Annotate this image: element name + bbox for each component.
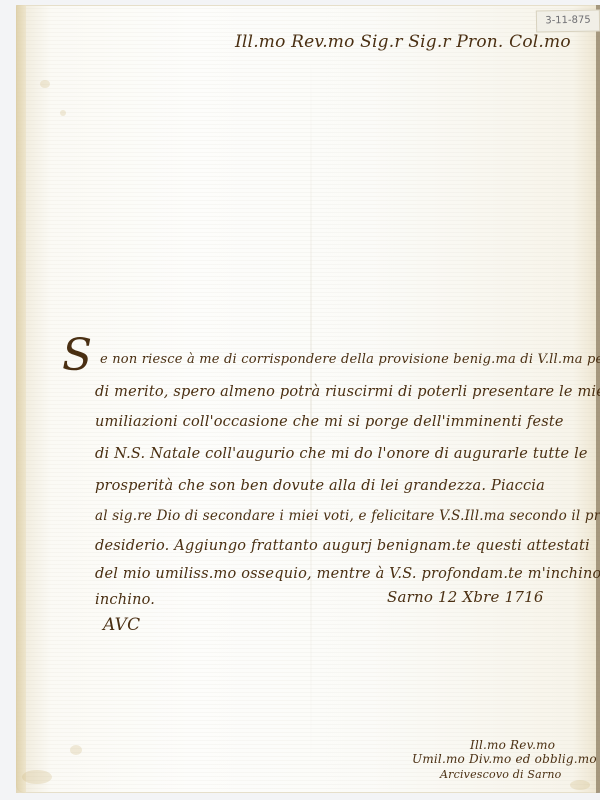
body-line-1: e non riesce à me di corrispondere della… — [100, 352, 600, 367]
paper-fold-edge — [16, 5, 26, 793]
body-line-9: inchino. — [95, 592, 155, 608]
body-line-5: prosperità che son ben dovute alla di le… — [95, 478, 545, 494]
body-line-2: di merito, spero almeno potrà riuscirmi … — [95, 384, 600, 400]
paper-stain — [60, 110, 66, 116]
paper-stain — [70, 745, 82, 755]
body-line-8: del mio umiliss.mo ossequio, mentre à V.… — [95, 566, 600, 582]
paper-crease — [310, 60, 312, 760]
paper-stain — [570, 780, 590, 790]
paper-stain — [40, 80, 50, 88]
salutation: Ill.mo Rev.mo Sig.r Sig.r Pron. Col.mo — [235, 32, 571, 52]
paper-stain — [22, 770, 52, 784]
drop-initial: S — [62, 330, 92, 381]
address-line-2: Umil.mo Div.mo ed obblig.mo Servo — [412, 752, 600, 766]
body-line-7: desiderio. Aggiungo frattanto augurj ben… — [95, 538, 590, 554]
body-line-4: di N.S. Natale coll'augurio che mi do l'… — [95, 446, 588, 462]
closing-initials: AVC — [103, 615, 140, 635]
archive-number-label: 3-11-875 — [536, 9, 600, 32]
address-line-3: Arcivescovo di Sarno — [440, 768, 561, 781]
body-line-6: al sig.re Dio di secondare i miei voti, … — [95, 508, 600, 524]
body-line-3: umiliazioni coll'occasione che mi si por… — [95, 414, 564, 430]
address-line-1: Ill.mo Rev.mo — [470, 738, 555, 752]
dateline: Sarno 12 Xbre 1716 — [387, 588, 544, 606]
